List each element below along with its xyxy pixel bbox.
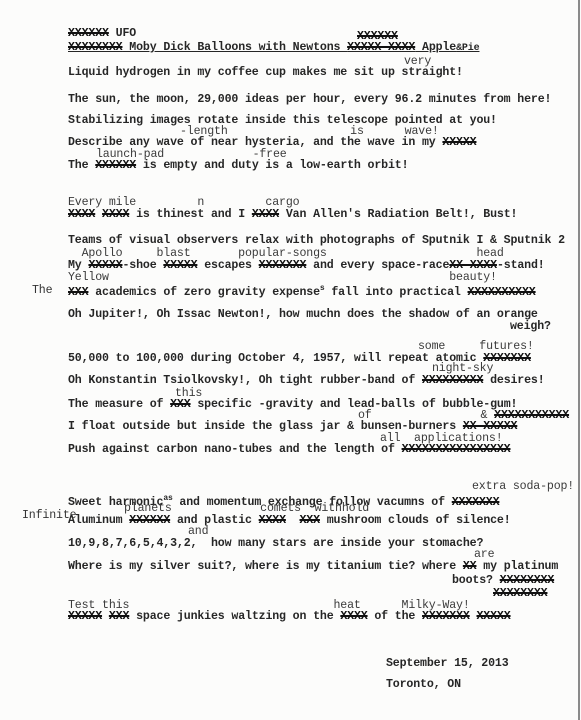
page-edge bbox=[578, 0, 580, 720]
poem-line: XXXXX XXX space junkies waltzing on the … bbox=[68, 611, 511, 623]
signature-place: Toronto, ON bbox=[386, 679, 461, 691]
poem-line: Liquid hydrogen in my coffee cup makes m… bbox=[68, 67, 463, 79]
line-continuation: boots? XXXXXXXX bbox=[452, 575, 554, 587]
poem-line: Aluminum XXXXXX and plastic XXXX XXX mus… bbox=[68, 515, 511, 527]
line-continuation: weigh? bbox=[510, 321, 551, 333]
poem-line: Oh Konstantin Tsiolkovsky!, Oh tight rub… bbox=[68, 375, 545, 387]
poem-line: Oh Jupiter!, Oh Issac Newton!, how muchn… bbox=[68, 309, 538, 321]
title-text: UFO bbox=[109, 27, 136, 40]
subtitle-line: XXXXXXXX Moby Dick Balloons with Newtons… bbox=[68, 42, 479, 55]
struck-word: XXXXXX bbox=[68, 27, 109, 40]
poem-line: XXX academics of zero gravity expenses f… bbox=[68, 283, 536, 299]
signature-date: September 15, 2013 bbox=[386, 658, 509, 670]
poem-line: 10,9,8,7,6,5,4,3,2, how many stars are i… bbox=[68, 538, 483, 550]
poem-line: Where is my silver suit?, where is my ti… bbox=[68, 561, 558, 573]
margin-note: The bbox=[32, 285, 52, 297]
line-insert: extra soda-pop! bbox=[472, 481, 574, 493]
line-continuation: XXXXXXXX bbox=[493, 588, 547, 600]
poem-line: Teams of visual observers relax with pho… bbox=[68, 235, 565, 247]
typewritten-page: XXXXXX UFO XXXXXX XXXXXXXX Moby Dick Bal… bbox=[0, 0, 578, 720]
poem-line: XXXX XXXX is thinest and I XXXX Van Alle… bbox=[68, 209, 517, 221]
poem-line: The sun, the moon, 29,000 ideas per hour… bbox=[68, 94, 551, 106]
title-line: XXXXXX UFO bbox=[68, 28, 136, 40]
poem-line: Push against carbon nano-tubes and the l… bbox=[68, 444, 510, 456]
poem-line: The XXXXXX is empty and duty is a low-ea… bbox=[68, 160, 408, 172]
